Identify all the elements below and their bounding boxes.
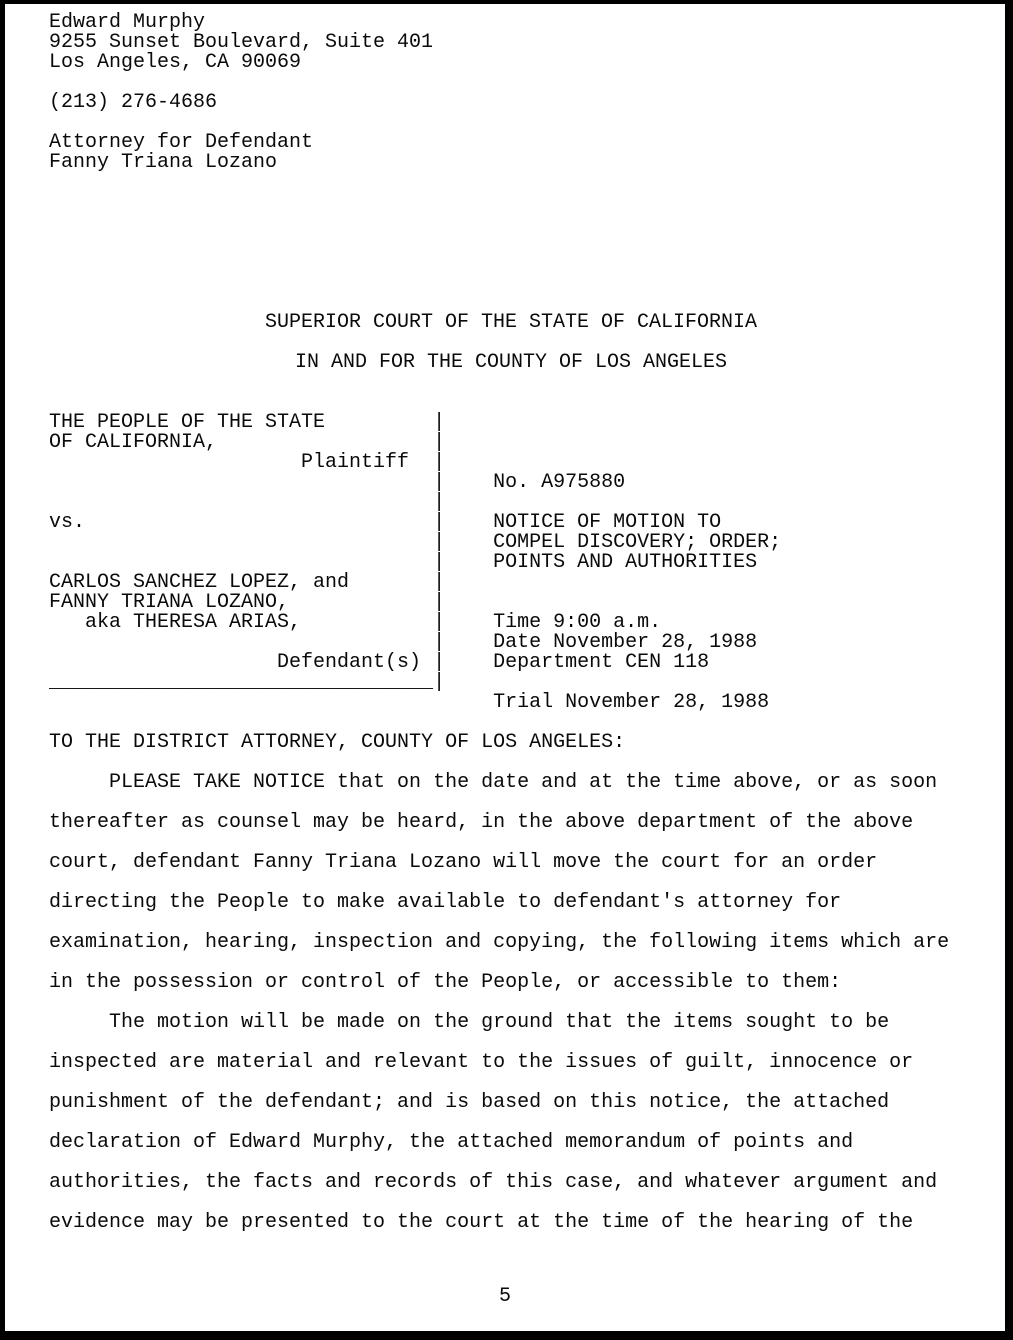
attorney-address-street: 9255 Sunset Boulevard, Suite 401 xyxy=(49,33,973,53)
body-line: The motion will be made on the ground th… xyxy=(49,1003,973,1043)
body-line: authorities, the facts and records of th… xyxy=(49,1163,973,1203)
pleading-page: Edward Murphy 9255 Sunset Boulevard, Sui… xyxy=(0,0,1013,1340)
attorney-client: Fanny Triana Lozano xyxy=(49,153,973,173)
caption-row-defendant: FANNY TRIANA LOZANO, | xyxy=(49,593,973,613)
body-line: court, defendant Fanny Triana Lozano wil… xyxy=(49,843,973,883)
caption-row-underline: ________________________________| xyxy=(49,673,973,693)
attorney-phone: (213) 276-4686 xyxy=(49,93,973,113)
caption-row-case-number: | No. A975880 xyxy=(49,473,973,493)
body-line: examination, hearing, inspection and cop… xyxy=(49,923,973,963)
body-line: PLEASE TAKE NOTICE that on the date and … xyxy=(49,763,973,803)
caption-row-hearing-date: | Date November 28, 1988 xyxy=(49,633,973,653)
case-caption-block: THE PEOPLE OF THE STATE | OF CALIFORNIA,… xyxy=(49,413,973,713)
body-line: inspected are material and relevant to t… xyxy=(49,1043,973,1083)
body-line: evidence may be presented to the court a… xyxy=(49,1203,973,1243)
body-line: punishment of the defendant; and is base… xyxy=(49,1083,973,1123)
motion-body: PLEASE TAKE NOTICE that on the date and … xyxy=(49,763,973,1243)
attorney-role: Attorney for Defendant xyxy=(49,133,973,153)
caption-row: OF CALIFORNIA, | xyxy=(49,433,973,453)
court-title-line-1: SUPERIOR COURT OF THE STATE OF CALIFORNI… xyxy=(49,313,973,333)
caption-row-defendant: CARLOS SANCHEZ LOPEZ, and | xyxy=(49,573,973,593)
body-line: in the possession or control of the Peop… xyxy=(49,963,973,1003)
caption-row-plaintiff-label: Plaintiff | xyxy=(49,453,973,473)
caption-row-motion-title: | POINTS AND AUTHORITIES xyxy=(49,553,973,573)
attorney-address-city: Los Angeles, CA 90069 xyxy=(49,53,973,73)
caption-row: | xyxy=(49,493,973,513)
attorney-block: Edward Murphy 9255 Sunset Boulevard, Sui… xyxy=(49,13,973,173)
court-header: SUPERIOR COURT OF THE STATE OF CALIFORNI… xyxy=(49,313,973,373)
court-title-line-2: IN AND FOR THE COUNTY OF LOS ANGELES xyxy=(49,353,973,373)
salutation: TO THE DISTRICT ATTORNEY, COUNTY OF LOS … xyxy=(49,733,973,753)
page-number: 5 xyxy=(5,1287,1005,1307)
caption-row-trial-date: Trial November 28, 1988 xyxy=(49,693,973,713)
caption-row: THE PEOPLE OF THE STATE | xyxy=(49,413,973,433)
blank-line xyxy=(49,113,973,133)
blank-line xyxy=(49,73,973,93)
body-line: thereafter as counsel may be heard, in t… xyxy=(49,803,973,843)
body-line: directing the People to make available t… xyxy=(49,883,973,923)
caption-row-department: Defendant(s) | Department CEN 118 xyxy=(49,653,973,673)
caption-row-motion-title: | COMPEL DISCOVERY; ORDER; xyxy=(49,533,973,553)
caption-row-hearing-time: aka THERESA ARIAS, | Time 9:00 a.m. xyxy=(49,613,973,633)
attorney-name: Edward Murphy xyxy=(49,13,973,33)
caption-row-motion-title: vs. | NOTICE OF MOTION TO xyxy=(49,513,973,533)
body-line: declaration of Edward Murphy, the attach… xyxy=(49,1123,973,1163)
